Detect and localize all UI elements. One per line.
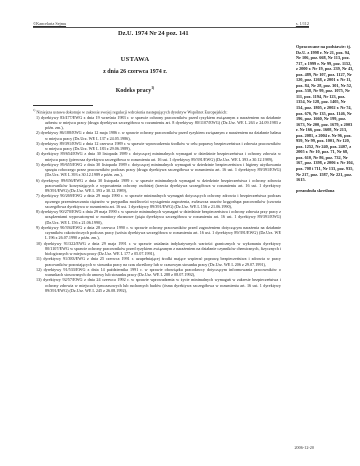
page-number: s. 1/112 bbox=[296, 21, 309, 26]
directive-item: 11) dyrektywy 91/383/EWG z dnia 25 czerw… bbox=[33, 256, 281, 267]
directive-item: 8) dyrektywy 90/270/EWG z dnia 29 maja 1… bbox=[33, 209, 281, 225]
directive-item: 3) dyrektywy 89/391/EWG z dnia 12 czerwc… bbox=[33, 141, 281, 152]
footnote-reference[interactable]: 1) bbox=[151, 86, 154, 90]
journal-reference: Dz.U. 1974 Nr 24 poz. 141 bbox=[118, 30, 189, 37]
directive-item: 1) dyrektywy 83/477/EWG z dnia 19 wrześn… bbox=[33, 115, 281, 131]
directive-item: 6) dyrektywy 89/656/EWG z dnia 30 listop… bbox=[33, 178, 281, 194]
directive-item: 7) dyrektywy 90/269/EWG z dnia 29 maja 1… bbox=[33, 193, 281, 209]
margin-note: Opracowane na podstawie: tj. Dz.U. z 199… bbox=[296, 44, 354, 194]
source-note: Opracowane na podstawie: tj. Dz.U. z 199… bbox=[296, 44, 354, 183]
page-header: ©Kancelaria Sejmu s. 1/112 bbox=[33, 18, 309, 28]
document-title: USTAWA bbox=[0, 56, 270, 63]
footnotes: 1) Niniejsza ustawa dokonuje w zakresie … bbox=[33, 108, 281, 293]
act-name: Kodeks pracy1) bbox=[0, 86, 270, 94]
publisher-label: ©Kancelaria Sejmu bbox=[33, 21, 66, 26]
directive-item: 12) dyrektywy 91/533/EWG z dnia 14 paźdz… bbox=[33, 267, 281, 278]
directive-item: 4) dyrektywy 89/654/EWG z dnia 30 listop… bbox=[33, 151, 281, 162]
act-name-text: Kodeks pracy bbox=[116, 88, 152, 94]
directive-item: 10) dyrektywy 91/322/EWG z dnia 29 maja … bbox=[33, 241, 281, 257]
footnote-mark: 1) bbox=[33, 109, 35, 112]
footnote-divider bbox=[33, 105, 93, 106]
directive-item: 13) dyrektywy 92/57/EWG z dnia 24 czerwc… bbox=[33, 277, 281, 293]
document-date: z dnia 26 czerwca 1974 r. bbox=[0, 69, 270, 75]
footnote-intro: 1) Niniejsza ustawa dokonuje w zakresie … bbox=[33, 108, 281, 115]
directive-item: 5) dyrektywy 89/655/EWG z dnia 30 listop… bbox=[33, 162, 281, 178]
preamble-note: preambuła skreślona bbox=[296, 188, 354, 194]
footnote-intro-text: Niniejsza ustawa dokonuje w zakresie swo… bbox=[36, 109, 227, 114]
directive-item: 9) dyrektywy 90/394/EWG z dnia 28 czerwc… bbox=[33, 225, 281, 241]
directive-item: 2) dyrektywy 86/188/EWG z dnia 12 maja 1… bbox=[33, 130, 281, 141]
directive-list: 1) dyrektywy 83/477/EWG z dnia 19 wrześn… bbox=[33, 115, 281, 294]
footer-date: 2006-12-20 bbox=[294, 445, 314, 450]
